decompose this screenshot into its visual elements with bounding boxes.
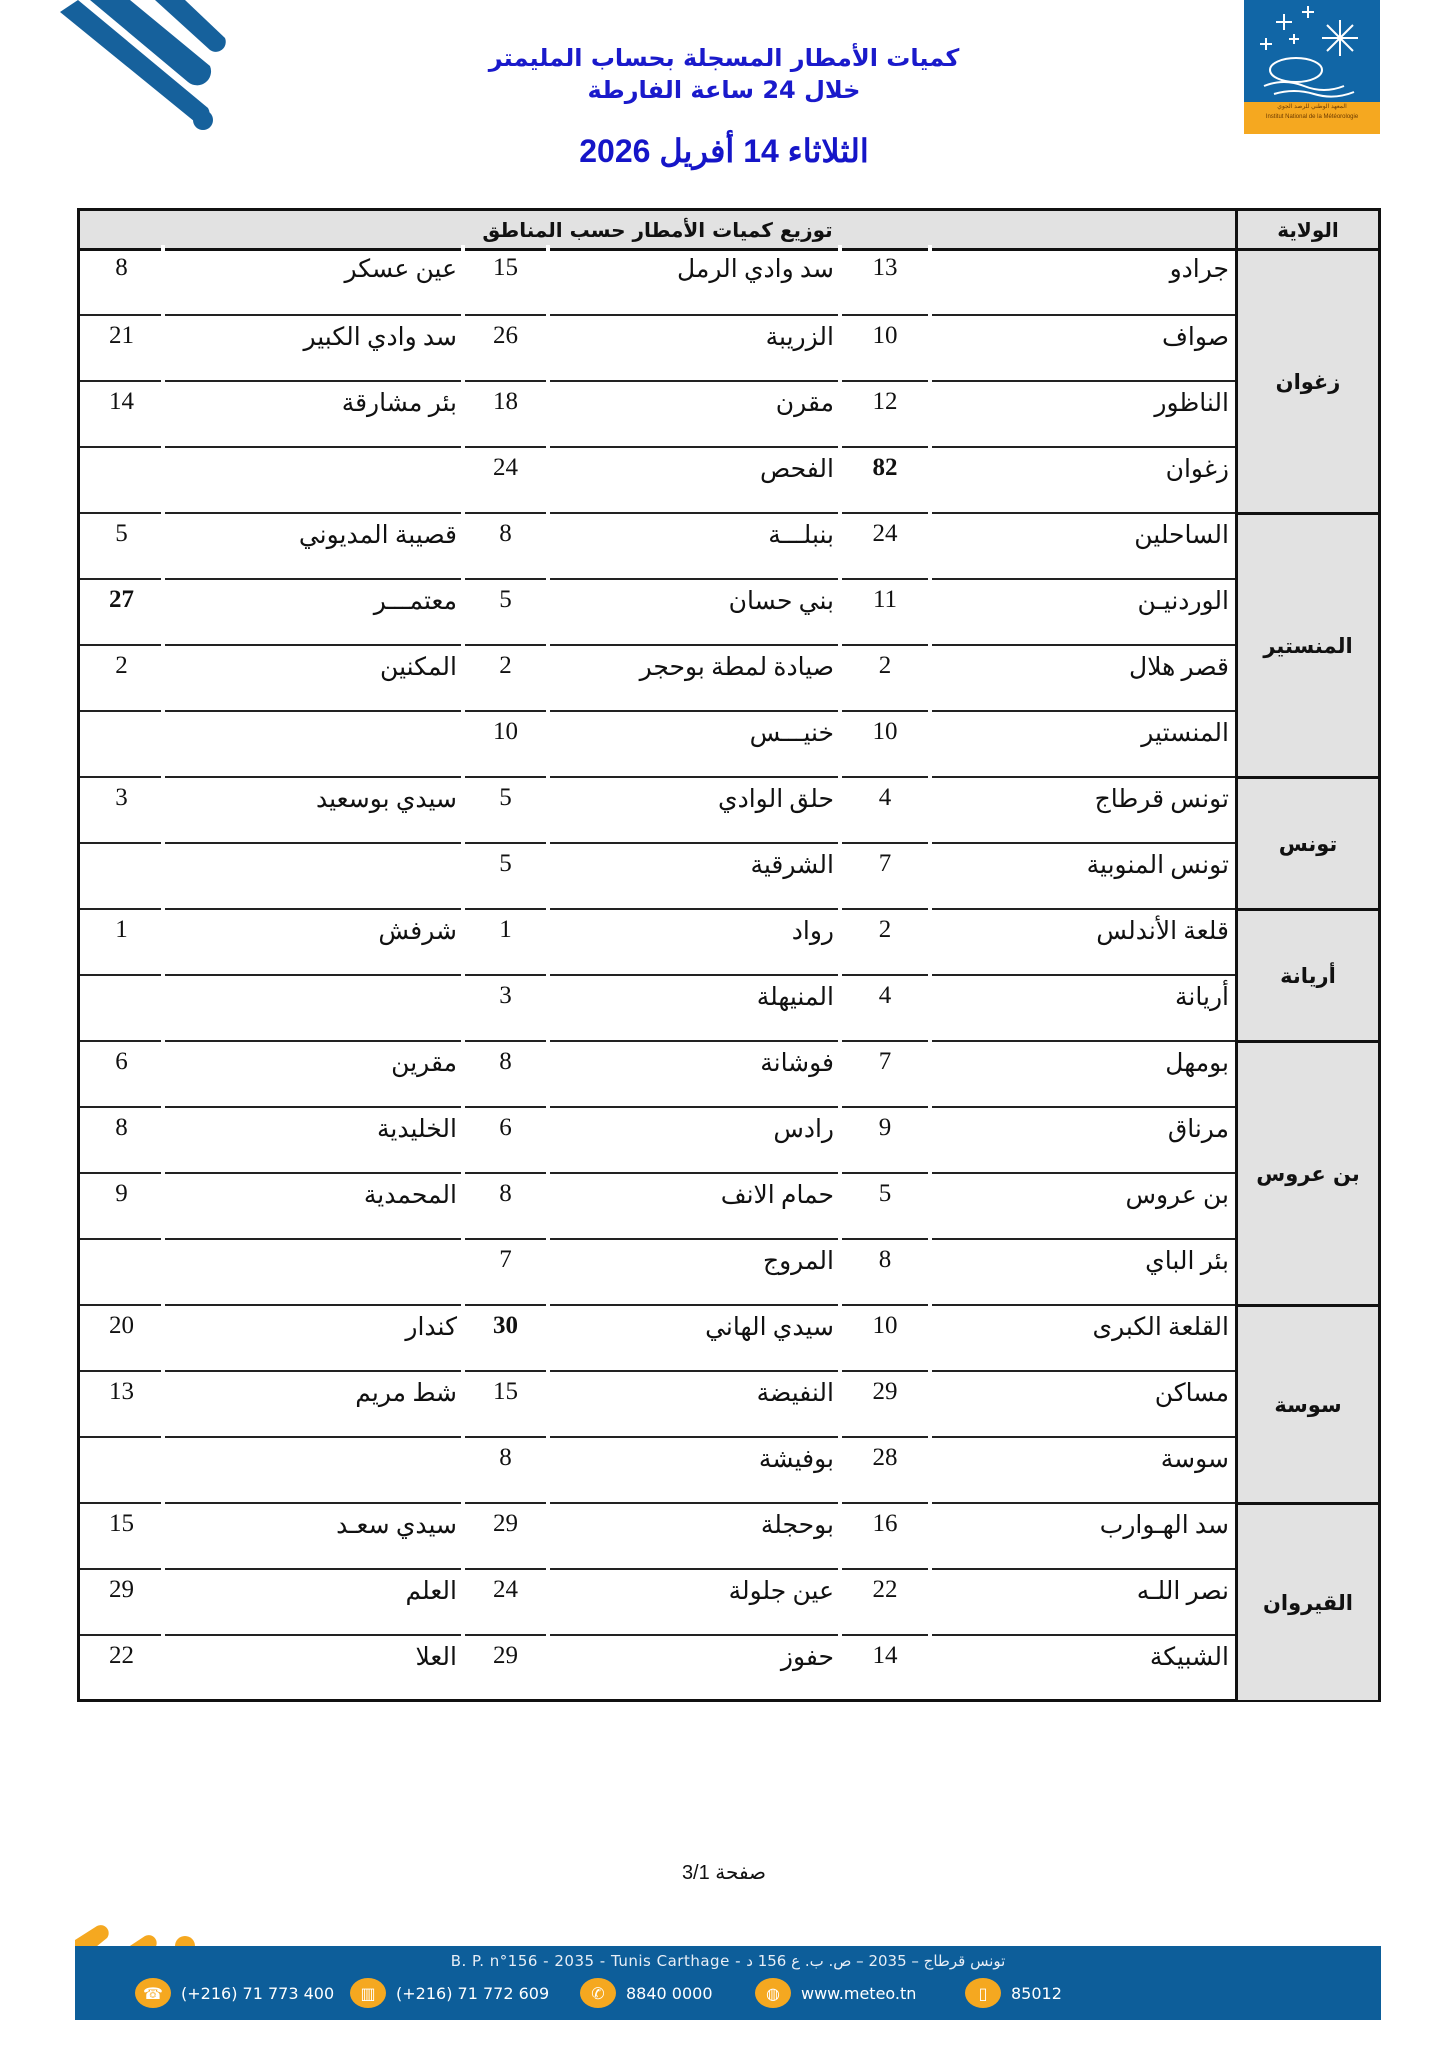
column-gap (461, 1105, 465, 1111)
logo-caption-strip: المعهد الوطني للرصد الجوي Institut Natio… (1244, 102, 1380, 134)
station-name: الخليدية (163, 1114, 463, 1144)
table-row: بومهل7فوشانة8مقرين6 (80, 1040, 1235, 1106)
table-row: تونس المنوبية7الشرقية5 (80, 842, 1235, 908)
rainfall-value: 5 (463, 850, 548, 878)
column-gap (928, 379, 932, 385)
governorate-name: زغوان (1276, 370, 1341, 394)
phone-icon: ☎ (135, 1978, 171, 2008)
column-gap (461, 1369, 465, 1375)
rainfall-value: 10 (840, 1312, 930, 1340)
header-distribution: توزيع كميات الأمطار حسب المناطق (80, 211, 1235, 251)
column-gap (161, 1501, 165, 1507)
column-gap (161, 709, 165, 715)
phone-number: (+216) 71 773 400 (181, 1984, 334, 2003)
station-name: المروج (548, 1246, 840, 1276)
table-row: المنستير10خنيـــس10 (80, 710, 1235, 776)
column-gap (546, 313, 550, 319)
rainfall-value: 30 (463, 1312, 548, 1340)
column-gap (161, 1105, 165, 1111)
report-subtitle: خلال 24 ساعة الفارطة (0, 76, 1448, 104)
governorate-name: القيروان (1263, 1591, 1353, 1615)
column-gap (161, 1039, 165, 1045)
rainfall-value: 27 (80, 586, 163, 614)
rainfall-value: 15 (463, 1378, 548, 1406)
station-name: سيدي الهاني (548, 1312, 840, 1342)
rainfall-value: 5 (463, 586, 548, 614)
column-gap (838, 709, 842, 715)
column-gap (161, 1567, 165, 1573)
column-gap (928, 1435, 932, 1441)
report-title: كميات الأمطار المسجلة بحساب المليمتر (0, 44, 1448, 72)
station-name: سيدي بوسعيد (163, 784, 463, 814)
station-name: أريانة (930, 982, 1235, 1012)
station-name: مقرن (548, 388, 840, 418)
column-gap (546, 907, 550, 913)
rainfall-value: 14 (840, 1642, 930, 1670)
rainfall-value: 29 (840, 1378, 930, 1406)
column-gap (461, 445, 465, 451)
table-row: الساحلين24بنبلـــة8قصيبة المديوني5 (80, 512, 1235, 578)
column-gap (461, 775, 465, 781)
column-gap (461, 643, 465, 649)
rainfall-value: 8 (840, 1246, 930, 1274)
column-gap (161, 1435, 165, 1441)
table-row: سد الهـوارب16بوحجلة29سيدي سعـد15 (80, 1502, 1235, 1568)
station-name: الفحص (548, 454, 840, 484)
column-gap (928, 709, 932, 715)
station-name: العلم (163, 1576, 463, 1606)
station-name: العلا (163, 1642, 463, 1672)
column-gap (161, 775, 165, 781)
column-gap (838, 511, 842, 517)
rainfall-value: 7 (463, 1246, 548, 1274)
column-gap (461, 1567, 465, 1573)
column-gap (461, 1633, 465, 1639)
rainfall-value: 22 (80, 1642, 163, 1670)
station-name: بني حسان (548, 586, 840, 616)
globe-icon: ◍ (755, 1978, 791, 2008)
column-gap (546, 1369, 550, 1375)
column-gap (928, 1105, 932, 1111)
column-gap (838, 1369, 842, 1375)
column-gap (928, 1633, 932, 1639)
station-name: المكنين (163, 652, 463, 682)
hotline-icon: ✆ (580, 1978, 616, 2008)
column-gap (928, 973, 932, 979)
column-gap (838, 1237, 842, 1243)
rainfall-value: 8 (80, 254, 163, 282)
column-gap (546, 709, 550, 715)
table-row: صواف10الزريبة26سد وادي الكبير21 (80, 314, 1235, 380)
station-name: سد وادي الكبير (163, 322, 463, 352)
column-gap (161, 1369, 165, 1375)
column-gap (838, 643, 842, 649)
table-row: الوردنيـن11بني حسان5معتمـــر27 (80, 578, 1235, 644)
column-gap (838, 973, 842, 979)
column-gap (546, 1567, 550, 1573)
column-gap (461, 313, 465, 319)
footer-phone: ☎ (+216) 71 773 400 (135, 1978, 334, 2008)
rainfall-value: 28 (840, 1444, 930, 1472)
column-gap (928, 643, 932, 649)
table-row: مرناق9رادس6الخليدية8 (80, 1106, 1235, 1172)
column-gap (546, 1633, 550, 1639)
table-row: بئر الباي8المروج7 (80, 1238, 1235, 1304)
column-gap (838, 245, 842, 251)
station-name: الساحلين (930, 520, 1235, 550)
table-row: جرادو13سد وادي الرمل15عين عسكر8 (80, 248, 1235, 314)
rainfall-value: 2 (463, 652, 548, 680)
column-gap (838, 1039, 842, 1045)
column-gap (161, 245, 165, 251)
logo-caption-fr: Institut National de la Météorologie (1244, 112, 1380, 122)
column-gap (928, 511, 932, 517)
station-name: حمام الانف (548, 1180, 840, 1210)
station-name: الوردنيـن (930, 586, 1235, 616)
station-name: معتمـــر (163, 586, 463, 616)
rainfall-value: 13 (80, 1378, 163, 1406)
column-gap (161, 511, 165, 517)
column-gap (461, 1501, 465, 1507)
column-gap (546, 379, 550, 385)
column-gap (928, 1369, 932, 1375)
column-gap (838, 1567, 842, 1573)
table-row: زغوان82الفحص24 (80, 446, 1235, 512)
rainfall-value: 7 (840, 850, 930, 878)
footer-fax: ▥ (+216) 71 772 609 (350, 1978, 549, 2008)
rainfall-value: 11 (840, 586, 930, 614)
rainfall-value: 22 (840, 1576, 930, 1604)
column-gap (838, 379, 842, 385)
table-row: الشبيكة14حفوز29العلا22 (80, 1634, 1235, 1700)
column-gap (546, 1303, 550, 1309)
column-gap (461, 841, 465, 847)
table-row: القلعة الكبرى10سيدي الهاني30كندار20 (80, 1304, 1235, 1370)
rainfall-value: 26 (463, 322, 548, 350)
footer-address: B. P. n°156 - 2035 - Tunis Carthage - تو… (75, 1952, 1381, 1970)
column-gap (928, 445, 932, 451)
station-name: القلعة الكبرى (930, 1312, 1235, 1342)
header-governorate: الولاية (1235, 211, 1378, 251)
column-gap (546, 1501, 550, 1507)
column-gap (546, 245, 550, 251)
column-gap (461, 1171, 465, 1177)
column-gap (161, 313, 165, 319)
column-gap (838, 907, 842, 913)
station-name: زغوان (930, 454, 1235, 484)
station-name: نصر اللـه (930, 1576, 1235, 1606)
column-gap (546, 445, 550, 451)
rainfall-value: 5 (80, 520, 163, 548)
column-gap (838, 1105, 842, 1111)
rainfall-value: 3 (463, 982, 548, 1010)
station-name: مقرين (163, 1048, 463, 1078)
rainfall-value: 9 (80, 1180, 163, 1208)
rainfall-value: 24 (463, 454, 548, 482)
fax-number: (+216) 71 772 609 (396, 1984, 549, 2003)
station-name: سيدي سعـد (163, 1510, 463, 1540)
rainfall-value: 15 (80, 1510, 163, 1538)
column-gap (161, 973, 165, 979)
station-name: بئر الباي (930, 1246, 1235, 1276)
rainfall-value: 13 (840, 254, 930, 282)
column-gap (838, 1501, 842, 1507)
website-link[interactable]: www.meteo.tn (801, 1984, 916, 2003)
column-gap (161, 1171, 165, 1177)
station-name: كندار (163, 1312, 463, 1342)
column-gap (838, 1171, 842, 1177)
rainfall-value: 5 (463, 784, 548, 812)
column-gap (161, 907, 165, 913)
station-name: جرادو (930, 254, 1235, 284)
table-row: أريانة4المنيهلة3 (80, 974, 1235, 1040)
governorate-name: تونس (1279, 832, 1338, 856)
rainfall-table: توزيع كميات الأمطار حسب المناطق الولاية … (77, 208, 1381, 1702)
rainfall-value: 2 (840, 916, 930, 944)
station-name: تونس قرطاج (930, 784, 1235, 814)
rainfall-value: 2 (840, 652, 930, 680)
station-name: المنستير (930, 718, 1235, 748)
rainfall-value: 29 (80, 1576, 163, 1604)
column-gap (546, 1171, 550, 1177)
footer-sms: ▯ 85012 (965, 1978, 1062, 2008)
rainfall-value: 4 (840, 982, 930, 1010)
rainfall-value: 9 (840, 1114, 930, 1142)
governorate-cell: تونس (1235, 776, 1378, 908)
rainfall-value: 4 (840, 784, 930, 812)
column-gap (838, 445, 842, 451)
column-gap (161, 1237, 165, 1243)
station-name: سد وادي الرمل (548, 254, 840, 284)
footer-website[interactable]: ◍ www.meteo.tn (755, 1978, 916, 2008)
station-name: فوشانة (548, 1048, 840, 1078)
rainfall-value: 8 (80, 1114, 163, 1142)
report-date: الثلاثاء 14 أفريل 2026 (0, 132, 1448, 170)
rainfall-value: 8 (463, 1444, 548, 1472)
column-gap (546, 1237, 550, 1243)
station-name: مرناق (930, 1114, 1235, 1144)
table-row: الناظور12مقرن18بئر مشارقة14 (80, 380, 1235, 446)
column-gap (928, 245, 932, 251)
column-gap (461, 577, 465, 583)
rainfall-value: 8 (463, 520, 548, 548)
column-gap (161, 1303, 165, 1309)
rainfall-value: 3 (80, 784, 163, 812)
rainfall-value: 18 (463, 388, 548, 416)
rainfall-value: 21 (80, 322, 163, 350)
station-name: بئر مشارقة (163, 388, 463, 418)
table-row: بن عروس5حمام الانف8المحمدية9 (80, 1172, 1235, 1238)
rainfall-value: 14 (80, 388, 163, 416)
station-name: سوسة (930, 1444, 1235, 1474)
column-gap (461, 1435, 465, 1441)
fax-icon: ▥ (350, 1978, 386, 2008)
column-gap (546, 577, 550, 583)
table-row: نصر اللـه22عين جلولة24العلم29 (80, 1568, 1235, 1634)
column-gap (461, 907, 465, 913)
table-row: تونس قرطاج4حلق الوادي5سيدي بوسعيد3 (80, 776, 1235, 842)
column-gap (546, 643, 550, 649)
column-gap (461, 973, 465, 979)
column-gap (928, 1237, 932, 1243)
column-gap (461, 245, 465, 251)
station-name: بوحجلة (548, 1510, 840, 1540)
station-name: عين عسكر (163, 254, 463, 284)
column-gap (461, 709, 465, 715)
station-name: حلق الوادي (548, 784, 840, 814)
column-gap (838, 1303, 842, 1309)
column-gap (546, 775, 550, 781)
column-gap (928, 1567, 932, 1573)
footer-hotline: ✆ 8840 0000 (580, 1978, 713, 2008)
column-gap (838, 1633, 842, 1639)
governorate-cell: زغوان (1235, 248, 1378, 512)
rainfall-value: 5 (840, 1180, 930, 1208)
rainfall-value: 6 (463, 1114, 548, 1142)
station-name: الشبيكة (930, 1642, 1235, 1672)
column-gap (928, 1039, 932, 1045)
table-row: مساكن29النفيضة15شط مريم13 (80, 1370, 1235, 1436)
column-gap (461, 511, 465, 517)
column-gap (546, 841, 550, 847)
page-number: صفحة 3/1 (0, 1860, 1448, 1885)
rainfall-value: 82 (840, 454, 930, 482)
table-row: سوسة28بوفيشة8 (80, 1436, 1235, 1502)
station-name: بوفيشة (548, 1444, 840, 1474)
column-gap (838, 313, 842, 319)
column-gap (461, 1237, 465, 1243)
column-gap (546, 973, 550, 979)
station-name: صواف (930, 322, 1235, 352)
governorate-name: بن عروس (1256, 1162, 1360, 1186)
column-gap (546, 1435, 550, 1441)
column-gap (928, 1303, 932, 1309)
rainfall-value: 10 (463, 718, 548, 746)
column-gap (928, 841, 932, 847)
station-name: حفوز (548, 1642, 840, 1672)
station-name: قصر هلال (930, 652, 1235, 682)
column-gap (838, 1435, 842, 1441)
column-gap (161, 445, 165, 451)
governorate-cell: أريانة (1235, 908, 1378, 1040)
station-name: النفيضة (548, 1378, 840, 1408)
sms-icon: ▯ (965, 1978, 1001, 2008)
column-gap (461, 1303, 465, 1309)
rainfall-value: 10 (840, 718, 930, 746)
rainfall-value: 20 (80, 1312, 163, 1340)
governorate-name: أريانة (1280, 964, 1336, 988)
column-gap (546, 1039, 550, 1045)
column-gap (161, 643, 165, 649)
rainfall-value: 29 (463, 1642, 548, 1670)
sms-number: 85012 (1011, 1984, 1062, 2003)
station-name: رادس (548, 1114, 840, 1144)
rainfall-value: 8 (463, 1048, 548, 1076)
hotline-number: 8840 0000 (626, 1984, 713, 2003)
station-name: مساكن (930, 1378, 1235, 1408)
column-gap (161, 577, 165, 583)
table-row: قلعة الأندلس2رواد1شرفش1 (80, 908, 1235, 974)
column-gap (161, 1633, 165, 1639)
column-gap (546, 1105, 550, 1111)
station-name: عين جلولة (548, 1576, 840, 1606)
station-name: خنيـــس (548, 718, 840, 748)
station-name: سد الهـوارب (930, 1510, 1235, 1540)
station-name: الناظور (930, 388, 1235, 418)
station-name: بن عروس (930, 1180, 1235, 1210)
governorate-cell: بن عروس (1235, 1040, 1378, 1304)
column-gap (928, 1171, 932, 1177)
station-name: المحمدية (163, 1180, 463, 1210)
rainfall-value: 16 (840, 1510, 930, 1538)
station-name: شرفش (163, 916, 463, 946)
column-gap (461, 379, 465, 385)
column-gap (838, 841, 842, 847)
governorate-cell: القيروان (1235, 1502, 1378, 1700)
rainfall-value: 24 (840, 520, 930, 548)
rainfall-value: 8 (463, 1180, 548, 1208)
station-name: رواد (548, 916, 840, 946)
rainfall-value: 7 (840, 1048, 930, 1076)
column-gap (928, 775, 932, 781)
table-row: قصر هلال2صيادة لمطة بوحجر2المكنين2 (80, 644, 1235, 710)
column-gap (928, 313, 932, 319)
station-name: المنيهلة (548, 982, 840, 1012)
station-name: بومهل (930, 1048, 1235, 1078)
station-name: الشرقية (548, 850, 840, 880)
station-name: الزريبة (548, 322, 840, 352)
footer-band: B. P. n°156 - 2035 - Tunis Carthage - تو… (75, 1946, 1381, 2020)
governorate-name: المنستير (1263, 634, 1352, 658)
rainfall-value: 2 (80, 652, 163, 680)
column-gap (838, 775, 842, 781)
rainfall-value: 10 (840, 322, 930, 350)
column-gap (461, 1039, 465, 1045)
rainfall-value: 6 (80, 1048, 163, 1076)
station-name: بنبلـــة (548, 520, 840, 550)
rainfall-value: 29 (463, 1510, 548, 1538)
rainfall-value: 1 (80, 916, 163, 944)
column-gap (928, 577, 932, 583)
station-name: تونس المنوبية (930, 850, 1235, 880)
column-gap (161, 841, 165, 847)
column-gap (161, 379, 165, 385)
rainfall-value: 1 (463, 916, 548, 944)
governorate-cell: المنستير (1235, 512, 1378, 776)
station-name: قصيبة المديوني (163, 520, 463, 550)
station-name: قلعة الأندلس (930, 916, 1235, 946)
governorate-name: سوسة (1274, 1393, 1341, 1417)
station-name: صيادة لمطة بوحجر (548, 652, 840, 682)
governorate-cell: سوسة (1235, 1304, 1378, 1502)
column-gap (546, 511, 550, 517)
column-gap (838, 577, 842, 583)
rainfall-value: 24 (463, 1576, 548, 1604)
rainfall-value: 15 (463, 254, 548, 282)
column-gap (928, 1501, 932, 1507)
column-gap (928, 907, 932, 913)
rainfall-value: 12 (840, 388, 930, 416)
station-name: شط مريم (163, 1378, 463, 1408)
